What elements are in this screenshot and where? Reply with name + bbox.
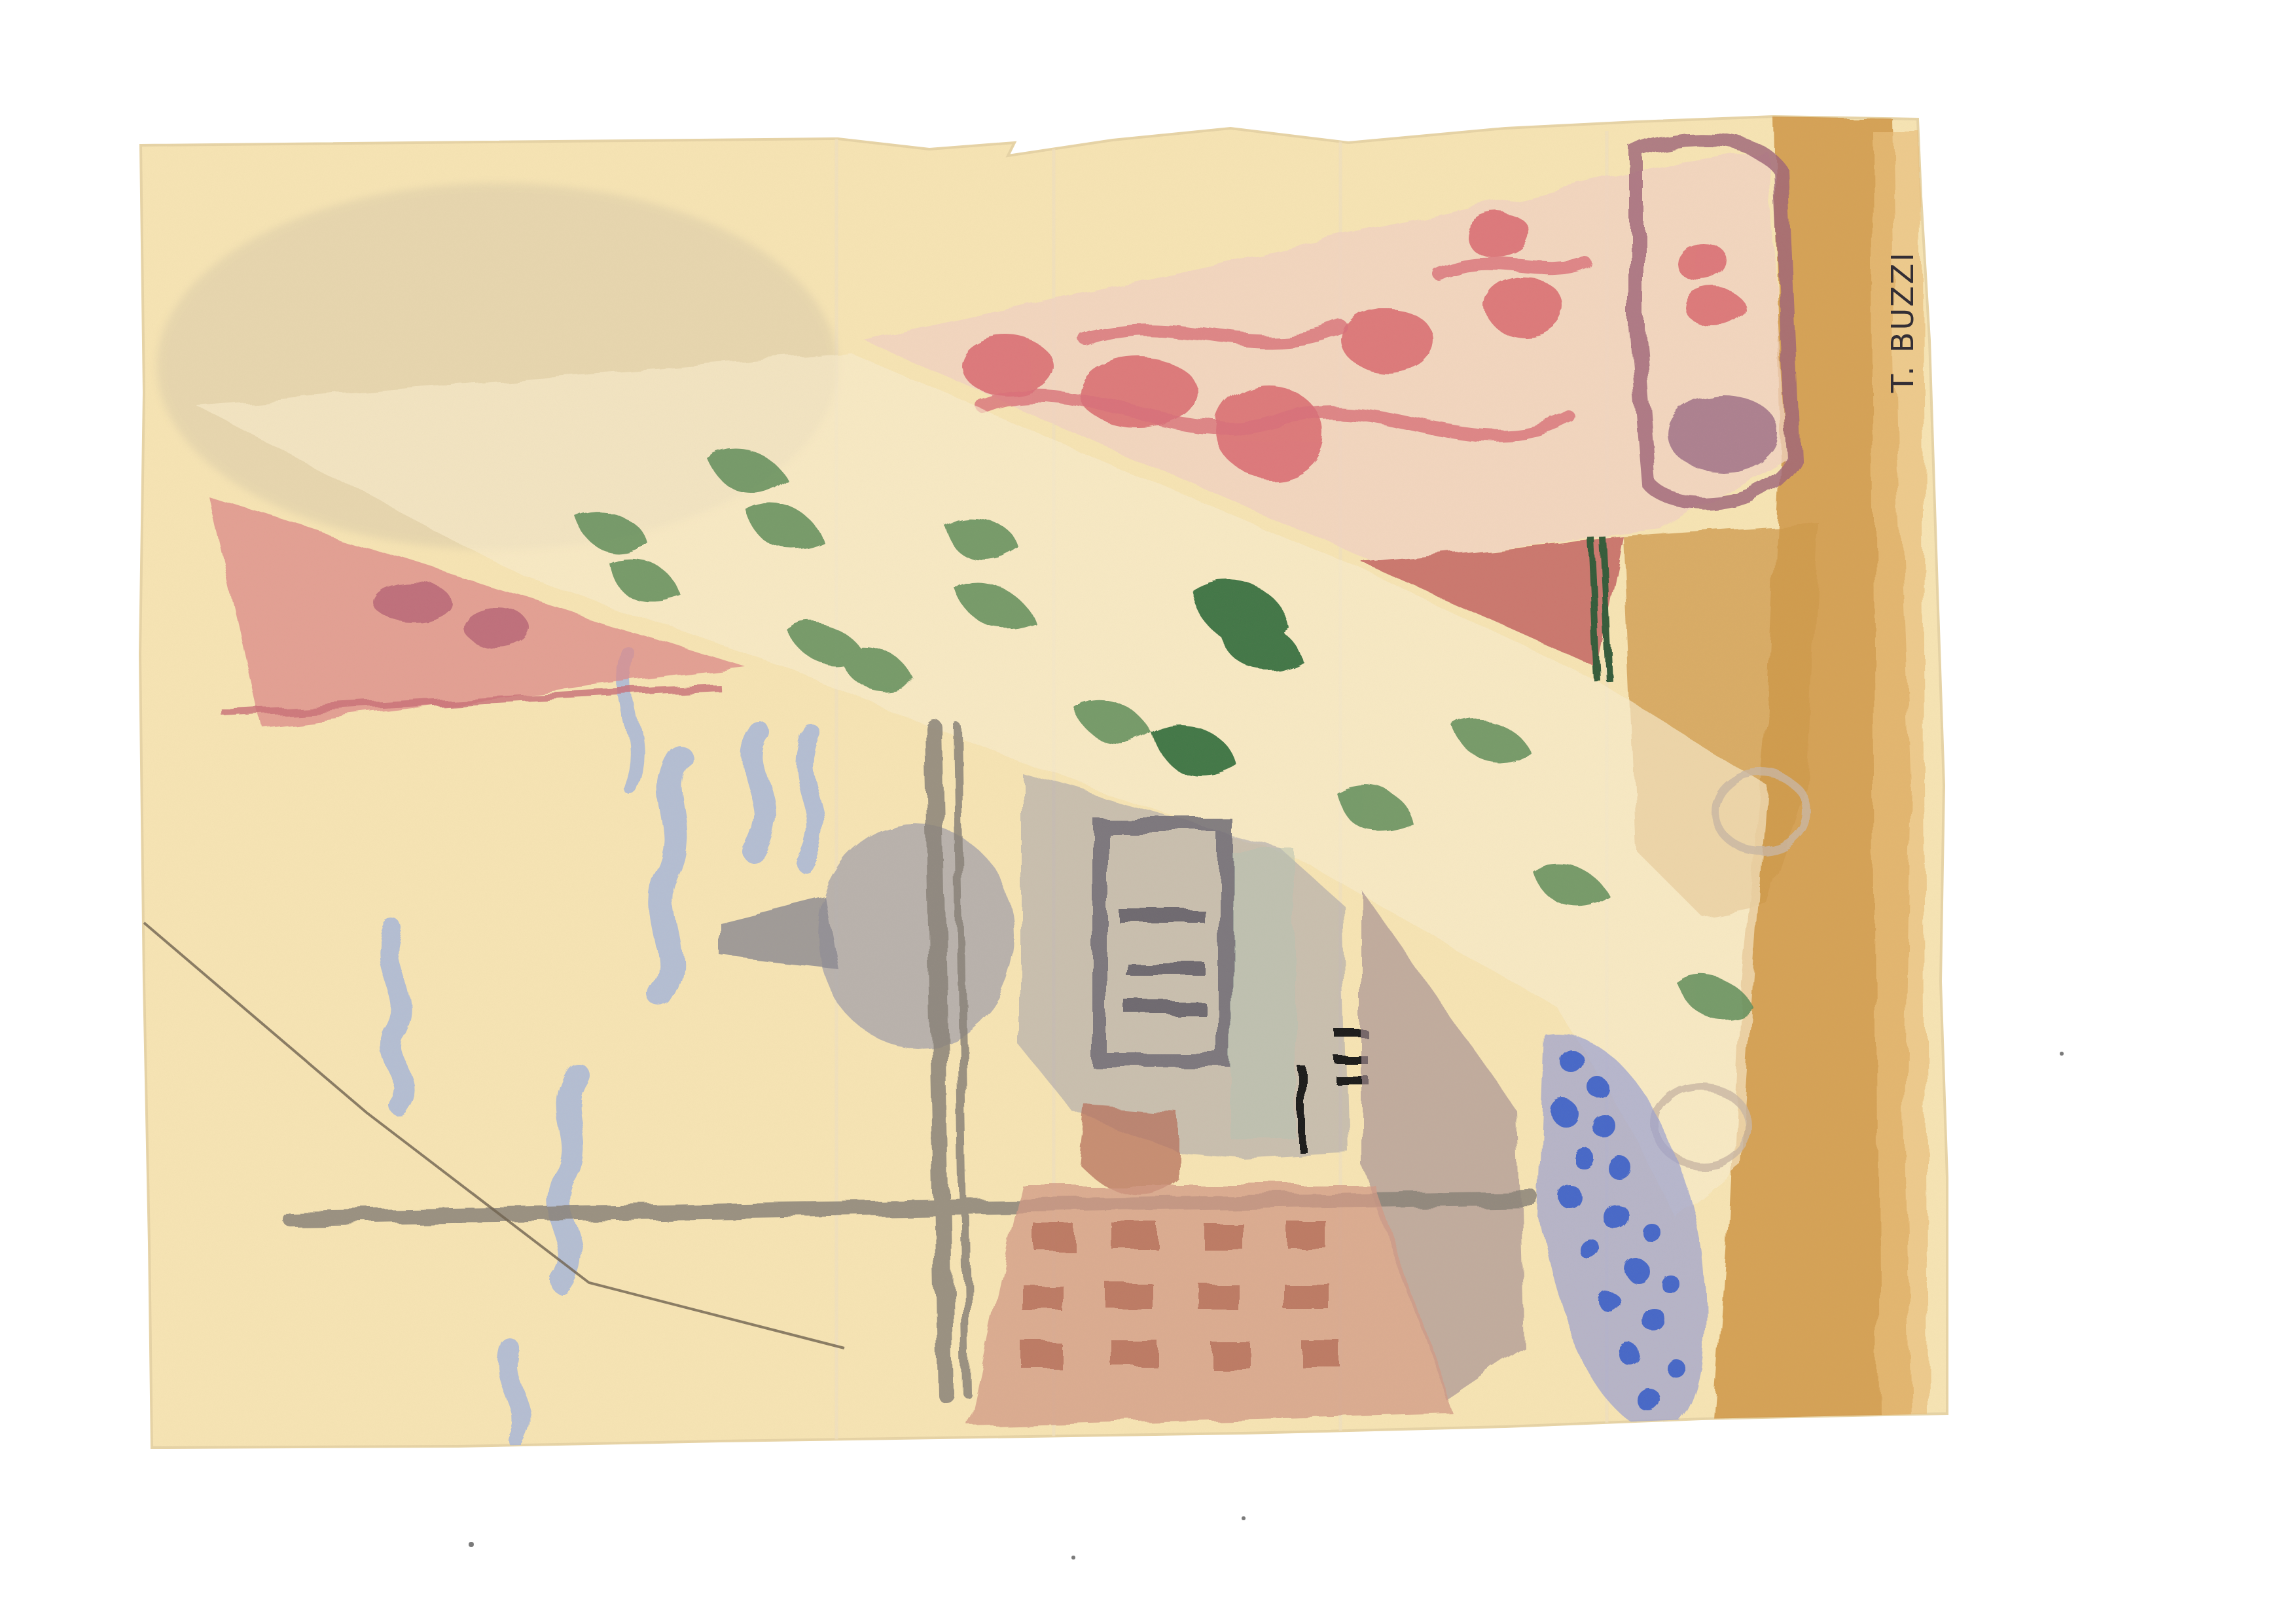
artist-signature: T. BUZZI	[1885, 229, 1924, 399]
signature-text: T. BUZZI	[1885, 251, 1920, 393]
paper-grain	[131, 111, 1964, 1459]
watercolor-painting	[0, 0, 2296, 1623]
